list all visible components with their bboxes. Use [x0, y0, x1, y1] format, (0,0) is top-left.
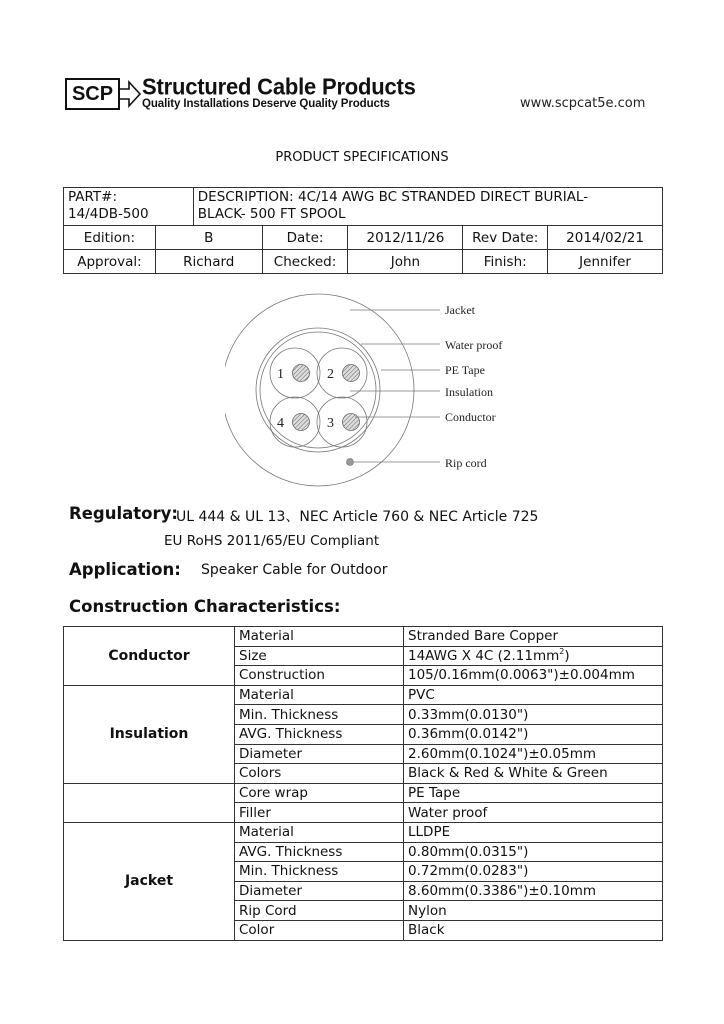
group-core — [64, 783, 235, 822]
conductor-number-4: 4 — [277, 416, 284, 431]
conductor-number-3: 3 — [327, 416, 334, 431]
property-name: Min. Thickness — [235, 862, 404, 882]
property-name: Size — [235, 646, 404, 666]
regulatory-rohs: EU RoHS 2011/65/EU Compliant — [164, 533, 379, 549]
label-water-proof: Water proof — [445, 338, 502, 352]
document-title: PRODUCT SPECIFICATIONS — [0, 150, 724, 165]
document-header-table: PART#: 14/4DB-500 DESCRIPTION: 4C/14 AWG… — [63, 187, 663, 274]
checked-value: John — [348, 250, 463, 274]
construction-table: ConductorMaterialStranded Bare CopperSiz… — [63, 626, 663, 941]
property-value: 2.60mm(0.1024")±0.05mm — [404, 744, 663, 764]
edition-value: B — [155, 226, 262, 250]
property-value: Black — [404, 920, 663, 940]
arrow-right-icon — [118, 79, 142, 109]
approval-label: Approval: — [64, 250, 156, 274]
property-name: Filler — [235, 803, 404, 823]
logo-mark: SCP — [65, 78, 120, 110]
table-row: JacketMaterialLLDPE — [64, 822, 663, 842]
group-conductor: Conductor — [64, 627, 235, 686]
property-name: Color — [235, 920, 404, 940]
property-name: Rip Cord — [235, 901, 404, 921]
property-value: 0.33mm(0.0130") — [404, 705, 663, 725]
construction-heading: Construction Characteristics: — [69, 597, 340, 616]
part-number-cell: PART#: 14/4DB-500 — [64, 188, 194, 226]
property-value: Black & Red & White & Green — [404, 764, 663, 784]
date-value: 2012/11/26 — [348, 226, 463, 250]
table-row: ConductorMaterialStranded Bare Copper — [64, 627, 663, 647]
property-value: 14AWG X 4C (2.11mm2) — [404, 646, 663, 666]
finish-label: Finish: — [463, 250, 548, 274]
application-heading: Application: — [69, 560, 181, 579]
website-link[interactable]: www.scpcat5e.com — [520, 96, 645, 111]
group-jacket: Jacket — [64, 822, 235, 940]
description-line-2: BLACK- 500 FT SPOOL — [198, 206, 658, 223]
property-name: Min. Thickness — [235, 705, 404, 725]
conductor-number-2: 2 — [327, 367, 334, 382]
property-value: 0.72mm(0.0283") — [404, 862, 663, 882]
property-name: Construction — [235, 666, 404, 686]
part-label: PART#: — [68, 189, 189, 206]
property-value: Stranded Bare Copper — [404, 627, 663, 647]
table-row: InsulationMaterialPVC — [64, 685, 663, 705]
rev-date-label: Rev Date: — [463, 226, 548, 250]
company-tagline: Quality Installations Deserve Quality Pr… — [142, 98, 390, 110]
cable-cross-section-diagram: 1 2 3 4 Jacket Water proof PE Tape Insul… — [225, 290, 525, 490]
finish-value: Jennifer — [548, 250, 663, 274]
part-number: 14/4DB-500 — [68, 206, 189, 223]
label-rip-cord: Rip cord — [445, 456, 487, 470]
property-name: Colors — [235, 764, 404, 784]
value-text: 14AWG X 4C (2.11mm — [408, 648, 559, 664]
property-value: 0.36mm(0.0142") — [404, 724, 663, 744]
property-name: Material — [235, 627, 404, 647]
label-conductor: Conductor — [445, 410, 496, 424]
property-name: Diameter — [235, 744, 404, 764]
property-value: 0.80mm(0.0315") — [404, 842, 663, 862]
property-value: LLDPE — [404, 822, 663, 842]
company-name: Structured Cable Products — [142, 73, 416, 100]
property-value: 105/0.16mm(0.0063")±0.004mm — [404, 666, 663, 686]
value-suffix: ) — [564, 648, 569, 664]
date-label: Date: — [262, 226, 348, 250]
property-name: AVG. Thickness — [235, 724, 404, 744]
edition-label: Edition: — [64, 226, 156, 250]
conductor-number-1: 1 — [277, 367, 284, 382]
property-value: PVC — [404, 685, 663, 705]
property-value: Nylon — [404, 901, 663, 921]
checked-label: Checked: — [262, 250, 348, 274]
regulatory-standards: UL 444 & UL 13、NEC Article 760 & NEC Art… — [176, 506, 538, 526]
approval-value: Richard — [155, 250, 262, 274]
label-jacket: Jacket — [445, 303, 476, 317]
property-name: AVG. Thickness — [235, 842, 404, 862]
application-text: Speaker Cable for Outdoor — [201, 562, 387, 578]
label-pe-tape: PE Tape — [445, 363, 485, 377]
description-cell: DESCRIPTION: 4C/14 AWG BC STRANDED DIREC… — [193, 188, 662, 226]
label-insulation: Insulation — [445, 385, 493, 399]
description-line-1: DESCRIPTION: 4C/14 AWG BC STRANDED DIREC… — [198, 189, 658, 206]
regulatory-heading: Regulatory: — [69, 504, 178, 523]
property-name: Diameter — [235, 881, 404, 901]
property-name: Material — [235, 822, 404, 842]
property-name: Core wrap — [235, 783, 404, 803]
property-value: PE Tape — [404, 783, 663, 803]
table-row: Core wrapPE Tape — [64, 783, 663, 803]
property-value: Water proof — [404, 803, 663, 823]
property-name: Material — [235, 685, 404, 705]
group-insulation: Insulation — [64, 685, 235, 783]
rev-date-value: 2014/02/21 — [548, 226, 663, 250]
property-value: 8.60mm(0.3386")±0.10mm — [404, 881, 663, 901]
